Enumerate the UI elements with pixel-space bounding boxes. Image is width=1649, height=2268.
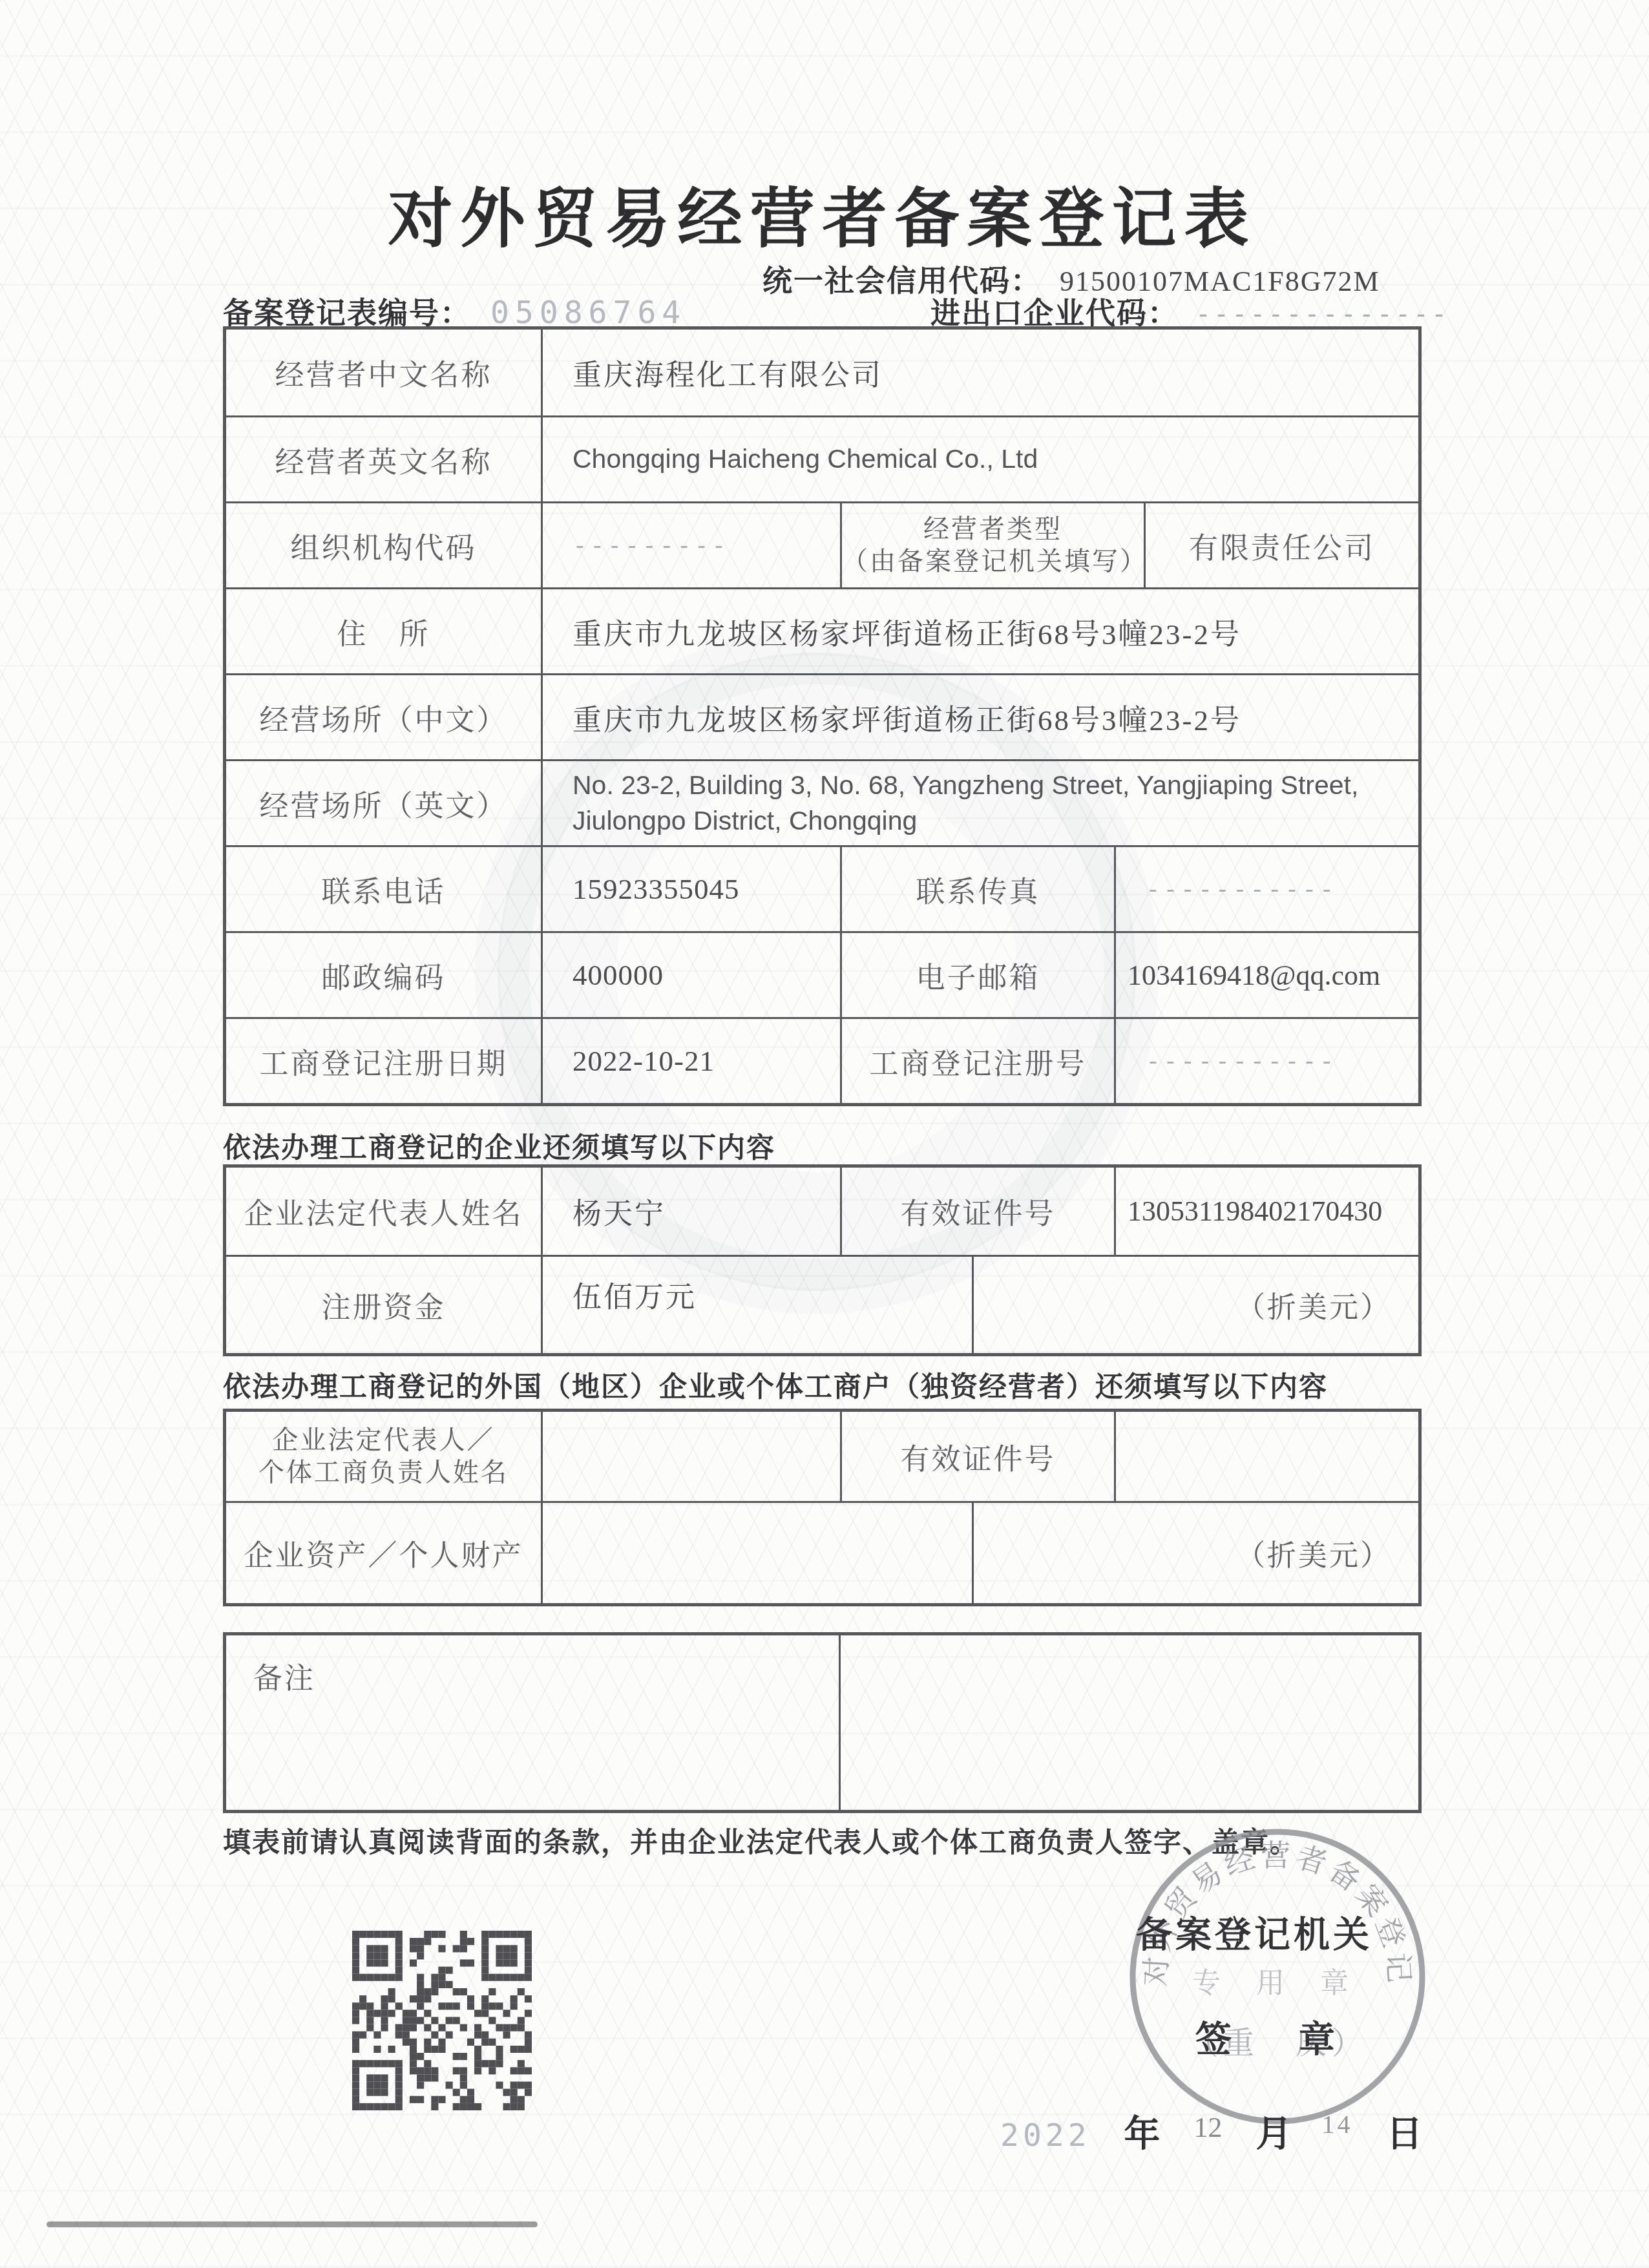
row-value: Chongqing Haicheng Chemical Co., Ltd xyxy=(541,417,1418,501)
row-label-secondary: 经营者类型 （由备案登记机关填写） xyxy=(840,503,1144,587)
table-row: 备注 xyxy=(226,1635,1418,1810)
row-label: 企业法定代表人／ 个体工商负责人姓名 xyxy=(226,1412,541,1501)
table-row: 工商登记注册日期 2022-10-21 工商登记注册号 ----------- xyxy=(226,1017,1418,1103)
row-value: 杨天宁 xyxy=(541,1168,840,1255)
row-value: 15923355045 xyxy=(541,847,840,931)
row-value: 重庆市九龙坡区杨家坪街道杨正街68号3幢23-2号 xyxy=(541,589,1418,673)
row-value: No. 23-2, Building 3, No. 68, Yangzheng … xyxy=(541,761,1418,845)
table-row: 注册资金 伍佰万元 （折美元） xyxy=(226,1255,1418,1353)
qr-code-icon xyxy=(352,1931,532,2110)
row-label: 组织机构代码 xyxy=(226,503,541,587)
table-row: 住 所 重庆市九龙坡区杨家坪街道杨正街68号3幢23-2号 xyxy=(226,587,1418,673)
foreign-enterprise-table: 企业法定代表人／ 个体工商负责人姓名 有效证件号 企业资产／个人财产 （折美元） xyxy=(223,1409,1422,1606)
row-label-secondary: 有效证件号 xyxy=(840,1412,1114,1501)
scan-artifact-streak xyxy=(47,2221,538,2227)
row-value: --------- xyxy=(541,503,840,587)
row-value xyxy=(541,1503,972,1603)
remarks-label: 备注 xyxy=(226,1635,839,1810)
row-label-secondary: 联系传真 xyxy=(840,847,1114,931)
row-label: 经营者中文名称 xyxy=(226,330,541,415)
table-row: 经营场所（中文） 重庆市九龙坡区杨家坪街道杨正街68号3幢23-2号 xyxy=(226,673,1418,759)
row-value: 2022-10-21 xyxy=(541,1019,840,1103)
row-value: 重庆市九龙坡区杨家坪街道杨正街68号3幢23-2号 xyxy=(541,675,1418,759)
form-number-value: 05086764 xyxy=(490,295,686,331)
row-label-secondary: 工商登记注册号 xyxy=(840,1019,1114,1103)
date-month: 12 xyxy=(1194,2111,1223,2144)
row-label: 企业法定代表人姓名 xyxy=(226,1168,541,1255)
section-heading-domestic: 依法办理工商登记的企业还须填写以下内容 xyxy=(223,1126,775,1166)
form-title: 对外贸易经营者备案登记表 xyxy=(223,167,1422,260)
row-value-secondary: 有限责任公司 xyxy=(1144,503,1418,587)
table-row: 组织机构代码 --------- 经营者类型 （由备案登记机关填写） 有限责任公… xyxy=(226,501,1418,587)
date-month-unit: 月 xyxy=(1256,2105,1292,2157)
row-label-secondary: 有效证件号 xyxy=(840,1168,1114,1255)
row-value: 伍佰万元 xyxy=(541,1257,972,1353)
row-label: 联系电话 xyxy=(226,847,541,931)
row-label: 住 所 xyxy=(226,589,541,673)
row-label: 企业资产／个人财产 xyxy=(226,1503,541,1603)
table-row: 企业资产／个人财产 （折美元） xyxy=(226,1501,1418,1603)
row-value-secondary: ----------- xyxy=(1114,1019,1418,1103)
row-label-secondary: 电子邮箱 xyxy=(840,933,1114,1017)
row-value-secondary xyxy=(1114,1412,1418,1501)
row-value-secondary: 130531198402170430 xyxy=(1114,1168,1418,1255)
table-row: 邮政编码 400000 电子邮箱 1034169418@qq.com xyxy=(226,931,1418,1017)
remarks-table: 备注 xyxy=(223,1632,1422,1813)
registration-authority-label: 备案登记机关 xyxy=(1136,1906,1372,1958)
usd-equivalent-label: （折美元） xyxy=(972,1503,1418,1603)
form-number-label: 备案登记表编号： xyxy=(223,296,471,330)
import-export-code-label: 进出口企业代码： xyxy=(930,296,1179,330)
registration-date-line: 2022年12月14日 xyxy=(1000,2105,1423,2157)
seal-here-label: 签 章 xyxy=(1195,2011,1350,2063)
table-row: 经营者英文名称 Chongqing Haicheng Chemical Co.,… xyxy=(226,415,1418,501)
usd-equivalent-label: （折美元） xyxy=(972,1257,1418,1353)
row-value: 重庆海程化工有限公司 xyxy=(541,330,1418,415)
import-export-code-value: -------------- xyxy=(1195,300,1449,330)
operator-info-table: 经营者中文名称 重庆海程化工有限公司 经营者英文名称 Chongqing Hai… xyxy=(223,326,1422,1106)
table-row: 经营者中文名称 重庆海程化工有限公司 xyxy=(226,330,1418,415)
row-label: 注册资金 xyxy=(226,1257,541,1353)
row-label: 经营场所（英文） xyxy=(226,761,541,845)
date-day: 14 xyxy=(1322,2109,1353,2139)
row-value: 400000 xyxy=(541,933,840,1017)
date-year: 2022 xyxy=(1000,2117,1091,2154)
date-day-unit: 日 xyxy=(1387,2105,1423,2157)
remarks-value xyxy=(839,1635,1418,1810)
table-row: 联系电话 15923355045 联系传真 ----------- xyxy=(226,845,1418,931)
registration-form-page: 对外贸易经营者备案登记表 统一社会信用代码：91500107MAC1F8G72M… xyxy=(0,0,1649,2268)
table-row: 经营场所（英文） No. 23-2, Building 3, No. 68, Y… xyxy=(226,759,1418,845)
row-label: 经营场所（中文） xyxy=(226,675,541,759)
row-value-secondary: 1034169418@qq.com xyxy=(1114,933,1418,1017)
row-label: 经营者英文名称 xyxy=(226,417,541,501)
date-year-unit: 年 xyxy=(1124,2105,1161,2157)
row-label: 工商登记注册日期 xyxy=(226,1019,541,1103)
official-stamp: 对外贸易经营者备案登记 专 用 章 （重 庆） xyxy=(1124,1823,1431,2130)
table-row: 企业法定代表人／ 个体工商负责人姓名 有效证件号 xyxy=(226,1412,1418,1501)
domestic-enterprise-table: 企业法定代表人姓名 杨天宁 有效证件号 130531198402170430 注… xyxy=(223,1164,1422,1356)
section-heading-foreign: 依法办理工商登记的外国（地区）企业或个体工商户（独资经营者）还须填写以下内容 xyxy=(223,1365,1328,1405)
row-label: 邮政编码 xyxy=(226,933,541,1017)
stamp-center-text: 专 用 章 xyxy=(1192,1968,1363,1999)
table-row: 企业法定代表人姓名 杨天宁 有效证件号 130531198402170430 xyxy=(226,1168,1418,1255)
row-value xyxy=(541,1412,840,1501)
row-value-secondary: ----------- xyxy=(1114,847,1418,931)
